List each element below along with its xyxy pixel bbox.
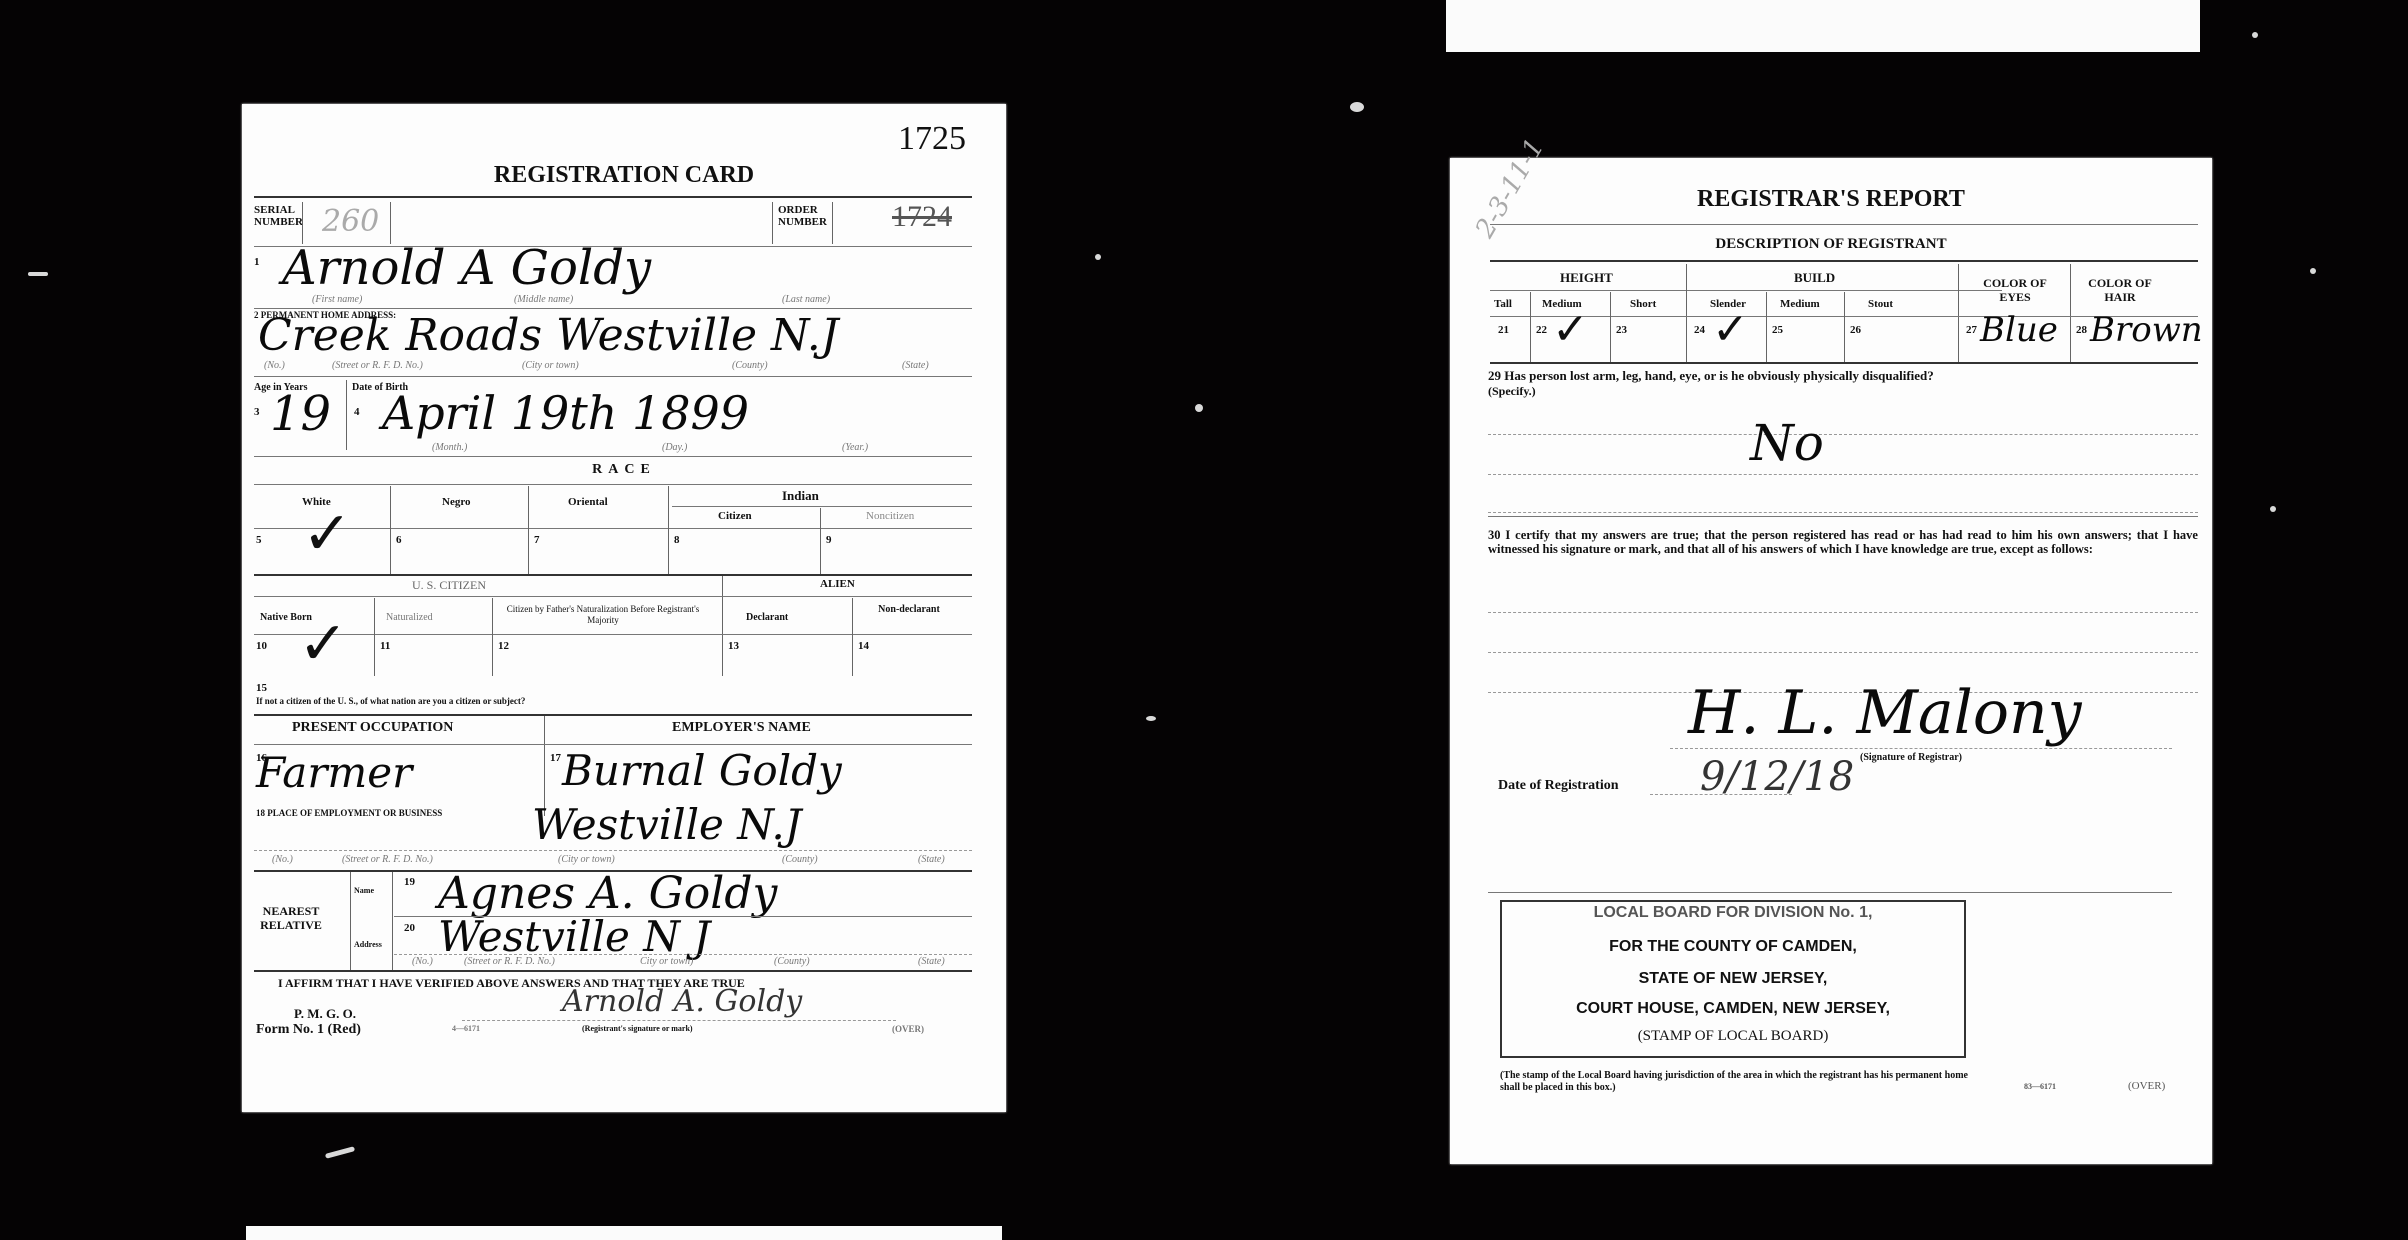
- scan-speck: [325, 1146, 355, 1159]
- relative-address-label: Address: [354, 940, 382, 949]
- checkmark-slender-build: ✓: [1712, 308, 1749, 352]
- field-number: 10: [256, 640, 267, 652]
- race-column-label: Citizen: [718, 510, 752, 522]
- stamp-line: FOR THE COUNTY OF CAMDEN,: [1502, 938, 1964, 956]
- over-label: (OVER): [892, 1024, 924, 1034]
- alien-heading: ALIEN: [820, 578, 855, 590]
- us-citizen-heading: U. S. CITIZEN: [412, 578, 486, 593]
- field-number: 27: [1966, 324, 1977, 336]
- adjacent-card-top-edge: [1446, 0, 2200, 52]
- race-column-label: Noncitizen: [866, 510, 914, 522]
- caption: (Last name): [782, 294, 830, 305]
- height-heading: HEIGHT: [1560, 270, 1613, 286]
- registrar-report-card: REGISTRAR'S REPORT 2-3-11-1 DESCRIPTION …: [1450, 158, 2212, 1164]
- field-number: 19: [404, 876, 415, 888]
- local-board-stamp: LOCAL BOARD FOR DIVISION No. 1, FOR THE …: [1500, 900, 1966, 1058]
- stamped-number: 1725: [898, 120, 966, 158]
- field-number: 21: [1498, 324, 1509, 336]
- divider: [1488, 512, 2198, 513]
- scan-speck: [2310, 268, 2316, 274]
- description-heading: DESCRIPTION OF REGISTRANT: [1450, 236, 2212, 253]
- race-column-label: Negro: [442, 496, 471, 508]
- registrar-signature: H. L. Malony: [1688, 678, 2082, 748]
- divider: [1488, 516, 2198, 517]
- caption: (No.): [264, 360, 285, 371]
- citizen-column-label: Non-declarant: [874, 604, 944, 616]
- caption: (No.): [272, 854, 293, 865]
- stamp-line: (STAMP OF LOCAL BOARD): [1502, 1028, 1964, 1045]
- caption: (No.): [412, 956, 433, 967]
- registrant-signature: Arnold A. Goldy: [562, 984, 802, 1019]
- registrar-signature-caption: (Signature of Registrar): [1860, 752, 1962, 763]
- registration-card: 1725 REGISTRATION CARD SERIAL NUMBER 260…: [242, 104, 1006, 1112]
- field-number: 5: [256, 534, 262, 546]
- divider: [2070, 264, 2071, 362]
- divider: [1610, 292, 1611, 362]
- divider: [1650, 794, 1792, 795]
- hair-heading: COLOR OF HAIR: [2080, 276, 2160, 304]
- field-number: 8: [674, 534, 680, 546]
- nearest-relative-label: NEAREST RELATIVE: [256, 904, 326, 932]
- employer-name: Burnal Goldy: [562, 746, 842, 795]
- form-line-2: Form No. 1 (Red): [256, 1022, 361, 1038]
- field-number: 3: [254, 406, 260, 418]
- caption: (First name): [312, 294, 362, 305]
- divider: [254, 196, 972, 198]
- caption: (Month.): [432, 442, 467, 453]
- stamp-line: COURT HOUSE, CAMDEN, NEW JERSEY,: [1502, 1000, 1964, 1018]
- divider: [1490, 260, 2198, 262]
- field-number: 11: [380, 640, 390, 652]
- field-number: 22: [1536, 324, 1547, 336]
- field-number: 26: [1850, 324, 1861, 336]
- field-number: 12: [498, 640, 509, 652]
- field-number: 7: [534, 534, 540, 546]
- divider: [254, 714, 972, 716]
- relative-name-label: Name: [354, 886, 374, 895]
- stamp-note: (The stamp of the Local Board having jur…: [1500, 1070, 1970, 1094]
- caption: (City or town): [522, 360, 579, 371]
- divider: [1670, 748, 2172, 749]
- field-number: 24: [1694, 324, 1705, 336]
- scan-speck: [1350, 102, 1364, 112]
- eye-color: Blue: [1980, 310, 2058, 350]
- order-number-label: ORDER NUMBER: [778, 204, 828, 228]
- divider: [492, 598, 493, 676]
- divider: [1490, 362, 2198, 364]
- employment-place-label: 18 PLACE OF EMPLOYMENT OR BUSINESS: [256, 808, 442, 818]
- divider: [722, 576, 723, 676]
- field-number: 4: [354, 406, 360, 418]
- divider: [254, 744, 972, 745]
- occupation-heading: PRESENT OCCUPATION: [292, 720, 453, 736]
- checkmark-medium-height: ✓: [1552, 308, 1589, 352]
- divider: [254, 456, 972, 457]
- caption: City or town): [640, 956, 693, 967]
- caption: (Day.): [662, 442, 687, 453]
- divider: [392, 872, 393, 970]
- height-column-label: Tall: [1494, 298, 1512, 310]
- divider: [528, 486, 529, 576]
- divider: [254, 970, 972, 972]
- occupation-value: Farmer: [256, 748, 412, 797]
- specify-label: (Specify.): [1488, 384, 1536, 399]
- field-number: 20: [404, 922, 415, 934]
- divider: [254, 850, 972, 851]
- disqualification-question: 29 Has person lost arm, leg, hand, eye, …: [1488, 368, 1934, 384]
- scan-speck: [1146, 716, 1156, 721]
- caption: (County): [774, 956, 810, 967]
- height-column-label: Short: [1630, 298, 1656, 310]
- date-of-birth: April 19th 1899: [382, 386, 749, 440]
- divider: [394, 954, 972, 955]
- scan-speck: [28, 272, 48, 276]
- divider: [1530, 292, 1531, 362]
- caption: (State): [918, 956, 945, 967]
- field-number: 23: [1616, 324, 1627, 336]
- caption: (Street or R. F. D. No.): [464, 956, 555, 967]
- divider: [1488, 652, 2198, 653]
- serial-number-label: SERIAL NUMBER: [254, 204, 300, 228]
- scan-speck: [1095, 254, 1101, 260]
- age-value: 19: [270, 386, 331, 442]
- field-number: 28: [2076, 324, 2087, 336]
- field-number: 6: [396, 534, 402, 546]
- hair-color: Brown: [2090, 310, 2203, 350]
- citizen-column-label: Naturalized: [386, 612, 433, 623]
- divider: [668, 486, 669, 576]
- field-number: 14: [858, 640, 869, 652]
- checkmark-white: ✓: [302, 504, 352, 564]
- citizen-column-label: Declarant: [746, 612, 788, 623]
- divider: [852, 598, 853, 676]
- divider: [374, 598, 375, 676]
- build-column-label: Medium: [1780, 298, 1820, 310]
- caption: (City or town): [558, 854, 615, 865]
- card-title: REGISTRATION CARD: [242, 162, 1006, 189]
- divider: [254, 574, 972, 576]
- home-address: Creek Roads Westville N.J: [258, 310, 838, 361]
- divider: [302, 202, 303, 244]
- divider: [254, 528, 972, 529]
- signature-caption: (Registrant's signature or mark): [582, 1024, 693, 1033]
- race-column-label: Oriental: [568, 496, 608, 508]
- divider: [1766, 292, 1767, 362]
- caption: (State): [902, 360, 929, 371]
- scan-speck: [1195, 404, 1203, 412]
- divider: [254, 634, 972, 635]
- build-column-label: Stout: [1868, 298, 1893, 310]
- divider: [390, 486, 391, 576]
- employment-place: Westville N.J: [532, 800, 802, 849]
- divider: [820, 508, 821, 576]
- citizen-column-label: Citizen by Father's Naturalization Befor…: [498, 604, 708, 626]
- divider: [772, 202, 773, 244]
- divider: [1490, 290, 2002, 291]
- indian-label: Indian: [782, 488, 819, 504]
- divider: [1844, 292, 1845, 362]
- field-number: 25: [1772, 324, 1783, 336]
- divider: [1488, 892, 2172, 893]
- divider: [390, 202, 391, 244]
- caption: (Street or R. F. D. No.): [342, 854, 433, 865]
- serial-number-value: 260: [322, 204, 379, 239]
- date-of-registration-label: Date of Registration: [1498, 778, 1619, 794]
- field-number: 9: [826, 534, 832, 546]
- caption: (State): [918, 854, 945, 865]
- checkmark-native-born: ✓: [298, 614, 348, 674]
- caption: (Middle name): [514, 294, 573, 305]
- stamp-line: STATE OF NEW JERSEY,: [1502, 970, 1964, 988]
- field-number: 17: [550, 752, 561, 764]
- registrant-name: Arnold A Goldy: [282, 240, 651, 296]
- caption: (County): [782, 854, 818, 865]
- citizenship-question: If not a citizen of the U. S., of what n…: [256, 696, 525, 706]
- divider: [346, 380, 347, 450]
- scan-speck: [2252, 32, 2258, 38]
- stamp-line: LOCAL BOARD FOR DIVISION No. 1,: [1502, 904, 1964, 922]
- caption: (Year.): [842, 442, 868, 453]
- employer-heading: EMPLOYER'S NAME: [672, 720, 811, 736]
- divider: [254, 376, 972, 377]
- divider: [254, 308, 972, 309]
- caption: (Street or R. F. D. No.): [332, 360, 423, 371]
- field-number: 15: [256, 682, 267, 694]
- crossed-number: 1724: [892, 200, 952, 234]
- scan-speck: [2270, 506, 2276, 512]
- build-heading: BUILD: [1794, 270, 1835, 286]
- divider: [1686, 264, 1687, 362]
- field-number: 1: [254, 256, 260, 268]
- divider: [1490, 224, 2198, 225]
- print-code: 83—6171: [2024, 1082, 2056, 1091]
- divider: [1958, 264, 1959, 362]
- divider: [254, 596, 972, 597]
- print-code: 4—6171: [452, 1024, 480, 1033]
- divider: [832, 202, 833, 244]
- divider: [350, 872, 351, 970]
- form-line-1: P. M. G. O.: [294, 1006, 356, 1022]
- race-heading: RACE: [242, 462, 1006, 478]
- report-title: REGISTRAR'S REPORT: [1450, 186, 2212, 213]
- divider: [462, 1020, 896, 1021]
- divider: [1488, 434, 2198, 435]
- disqualified-answer: No: [1750, 414, 1824, 472]
- caption: (County): [732, 360, 768, 371]
- certification-text: 30 I certify that my answers are true; t…: [1488, 528, 2198, 556]
- field-number: 13: [728, 640, 739, 652]
- divider: [672, 506, 972, 507]
- divider: [1488, 612, 2198, 613]
- divider: [1488, 474, 2198, 475]
- divider: [254, 484, 972, 485]
- adjacent-card-bottom-edge: [246, 1226, 1002, 1240]
- over-label: (OVER): [2128, 1080, 2165, 1092]
